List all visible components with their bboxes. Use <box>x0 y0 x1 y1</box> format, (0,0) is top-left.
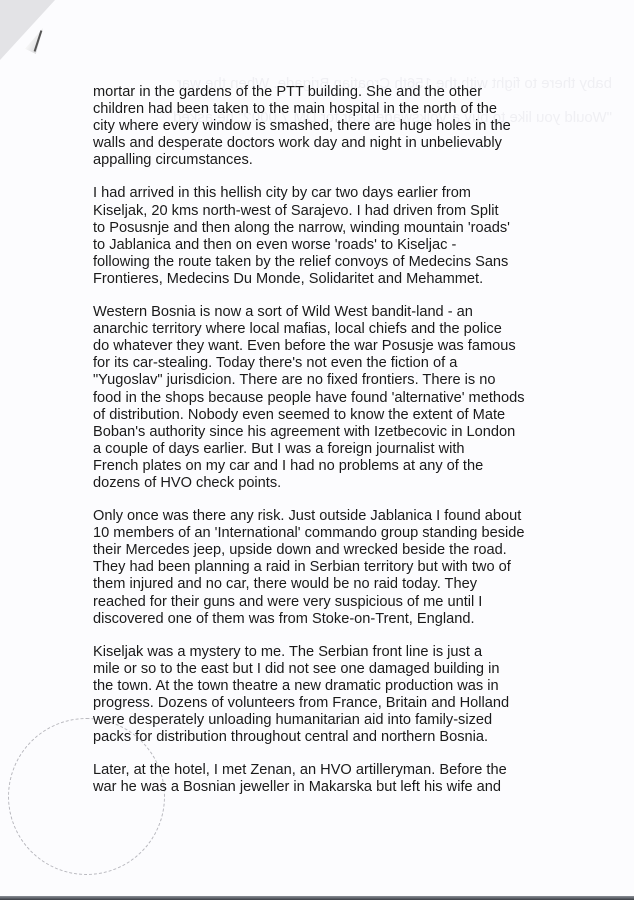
paragraph: mortar in the gardens of the PTT buildin… <box>93 84 605 169</box>
paragraph: Kiseljak was a mystery to me. The Serbia… <box>93 644 605 747</box>
paragraph: I had arrived in this hellish city by ca… <box>93 185 605 288</box>
document-body: mortar in the gardens of the PTT buildin… <box>93 84 605 812</box>
paragraph: Later, at the hotel, I met Zenan, an HVO… <box>93 762 605 796</box>
paragraph: Western Bosnia is now a sort of Wild Wes… <box>93 304 605 492</box>
scanner-edge <box>0 896 634 900</box>
document-page: baby there to fight with the 156th Croat… <box>0 0 634 896</box>
paragraph: Only once was there any risk. Just outsi… <box>93 508 605 628</box>
page-corner-shadow <box>0 0 55 60</box>
